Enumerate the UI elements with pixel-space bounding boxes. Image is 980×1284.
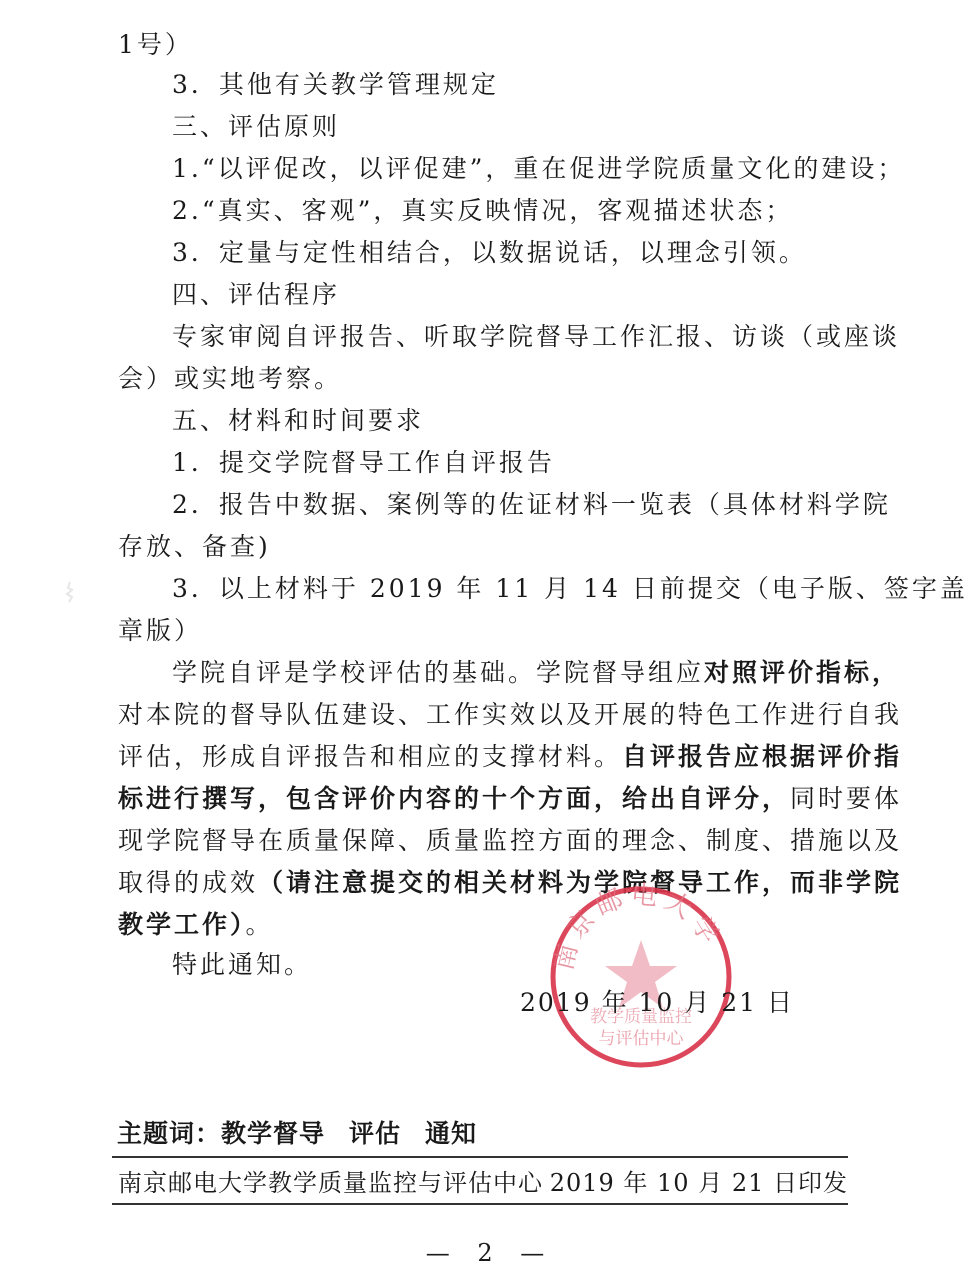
body-paragraph-line-2: 对本院的督导队伍建设、工作实效以及开展的特色工作进行自我 xyxy=(118,700,902,730)
procedure-text-cont: 会）或实地考察。 xyxy=(118,364,342,394)
divider-bottom xyxy=(112,1203,848,1205)
text-bold: （请注意提交的相关材料为学院督导工作，而非学院 xyxy=(258,868,902,897)
body-paragraph-line-4: 标进行撰写，包含评价内容的十个方面，给出自评分，同时要体 xyxy=(118,784,902,814)
text-bold: 对照评价指标， xyxy=(704,658,900,687)
principle-item-1: 1.“以评促改，以评促建”，重在促进学院质量文化的建设； xyxy=(172,154,905,184)
subject-keywords: 主题词：教学督导评估通知 xyxy=(117,1118,501,1150)
section-heading-procedure: 四、评估程序 xyxy=(172,280,340,310)
materials-item-2: 2．报告中数据、案例等的佐证材料一览表（具体材料学院 xyxy=(172,490,891,520)
body-paragraph-line-5: 现学院督导在质量保障、质量监控方面的理念、制度、措施以及 xyxy=(118,826,902,856)
section-heading-principles: 三、评估原则 xyxy=(172,112,340,142)
scan-artifact-mark xyxy=(64,580,76,604)
issuer-name: 南京邮电大学教学质量监控与评估中心 xyxy=(118,1167,543,1199)
keyword: 教学督导 xyxy=(221,1119,325,1148)
text-line: 1号） xyxy=(118,30,193,60)
materials-item-3-cont: 章版） xyxy=(118,616,202,646)
text-normal: 。 xyxy=(246,910,274,939)
body-paragraph-line-3: 评估，形成自评报告和相应的支撑材料。自评报告应根据评价指 xyxy=(118,742,902,772)
text-normal: 同时要体 xyxy=(790,784,902,813)
official-seal-icon: 南京邮电大学 教学质量监控 与评估中心 xyxy=(546,882,736,1072)
materials-item-1: 1．提交学院督导工作自评报告 xyxy=(172,448,555,478)
keywords-label: 主题词： xyxy=(117,1119,221,1148)
page-number: — 2 — xyxy=(0,1238,980,1268)
materials-item-3: 3．以上材料于 2019 年 11 月 14 日前提交（电子版、签字盖 xyxy=(172,574,968,604)
text-normal: 评估，形成自评报告和相应的支撑材料。 xyxy=(118,742,622,771)
section-heading-materials: 五、材料和时间要求 xyxy=(172,406,424,436)
principle-item-3: 3．定量与定性相结合，以数据说话，以理念引领。 xyxy=(172,238,807,268)
issue-footer: 南京邮电大学教学质量监控与评估中心 2019 年 10 月 21 日印发 xyxy=(118,1167,848,1199)
body-paragraph-line-1: 学院自评是学校评估的基础。学院督导组应对照评价指标， xyxy=(172,658,900,688)
document-page: 1号） 3．其他有关教学管理规定 三、评估原则 1.“以评促改，以评促建”，重在… xyxy=(0,0,980,1284)
text-bold: 教学工作） xyxy=(118,910,246,939)
keyword: 通知 xyxy=(425,1119,477,1148)
materials-item-2-cont: 存放、备查) xyxy=(118,532,271,562)
signature-date: 2019 年 10 月 21 日 xyxy=(520,988,794,1018)
keyword: 评估 xyxy=(349,1119,401,1148)
divider-top xyxy=(112,1156,848,1158)
text-normal: 取得的成效 xyxy=(118,868,258,897)
closing-text: 特此通知。 xyxy=(172,950,312,980)
procedure-text: 专家审阅自评报告、听取学院督导工作汇报、访谈（或座谈 xyxy=(172,322,900,352)
text-normal: 学院自评是学校评估的基础。学院督导组应 xyxy=(172,658,704,687)
text-bold: 标进行撰写，包含评价内容的十个方面，给出自评分， xyxy=(118,784,790,813)
text-bold: 自评报告应根据评价指 xyxy=(622,742,902,771)
principle-item-2: 2.“真实、客观”，真实反映情况，客观描述状态； xyxy=(172,196,793,226)
body-paragraph-line-6: 取得的成效（请注意提交的相关材料为学院督导工作，而非学院 xyxy=(118,868,902,898)
body-paragraph-line-7: 教学工作）。 xyxy=(118,910,274,940)
list-item-other-regulations: 3．其他有关教学管理规定 xyxy=(172,70,499,100)
svg-text:与评估中心: 与评估中心 xyxy=(599,1029,685,1049)
issue-date: 2019 年 10 月 21 日印发 xyxy=(550,1167,848,1199)
